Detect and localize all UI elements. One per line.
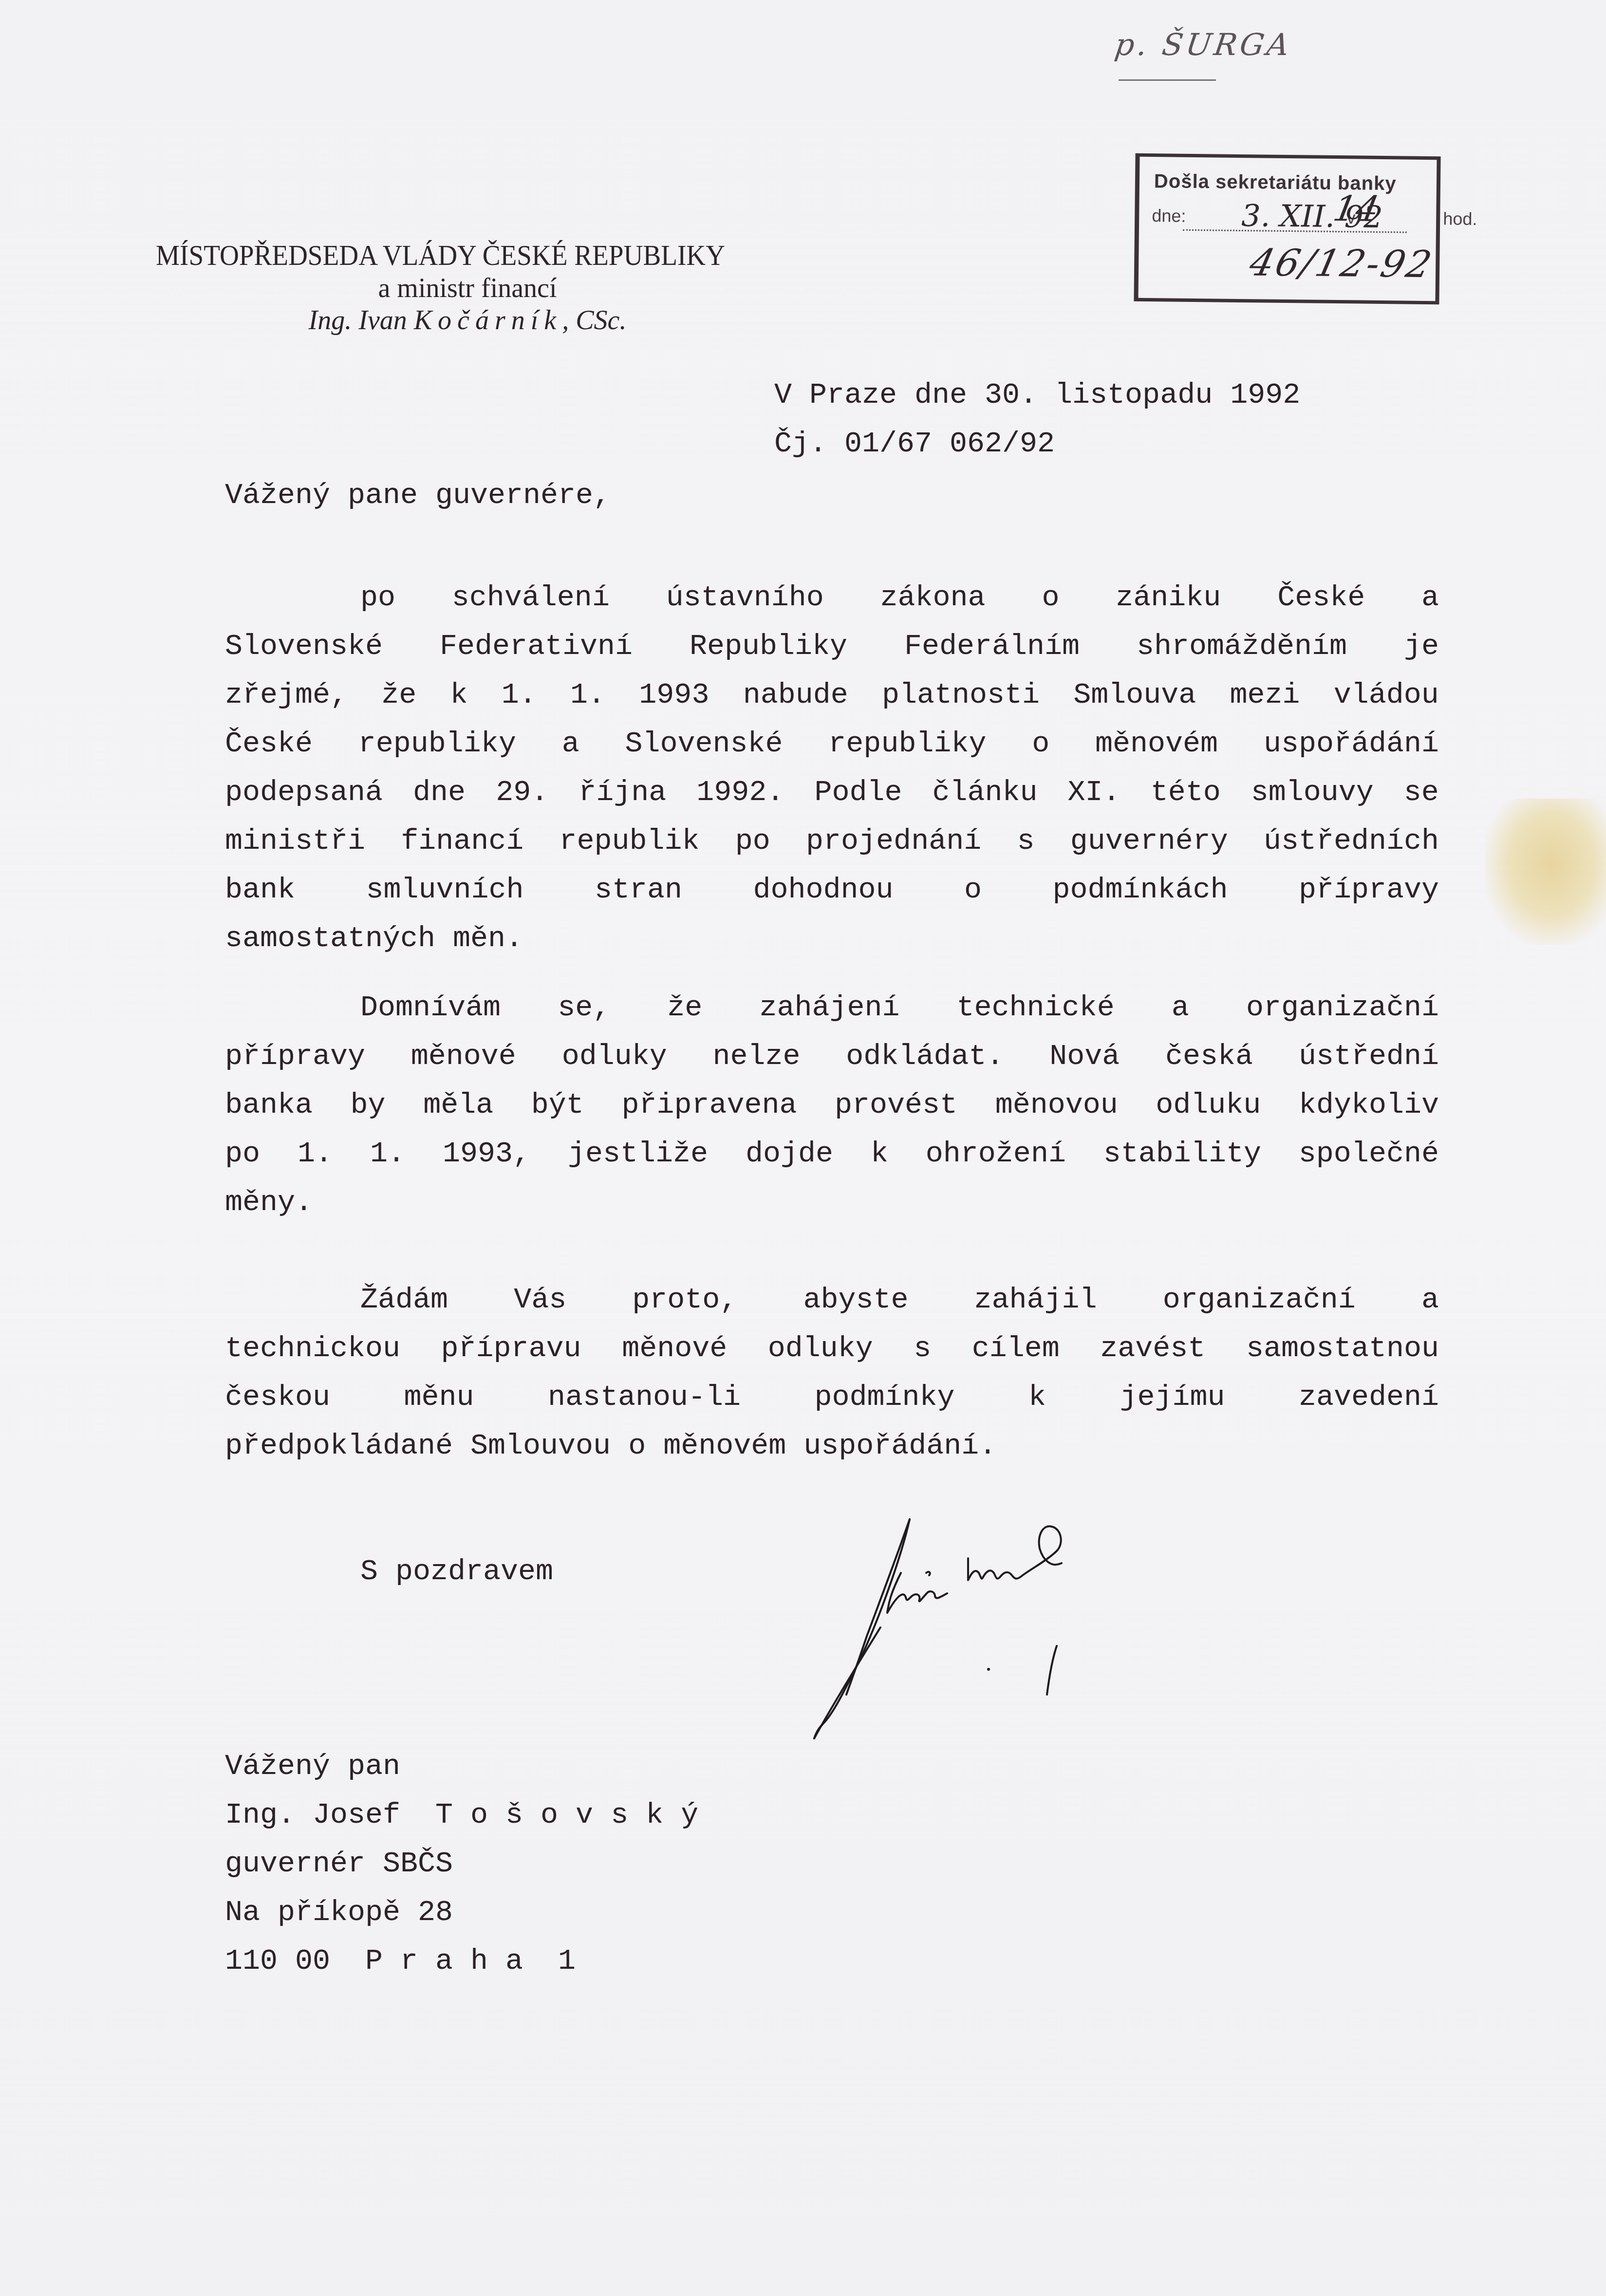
body-word: česká	[1165, 1042, 1253, 1071]
body-word: o	[1042, 583, 1059, 613]
body-word: je	[1404, 632, 1439, 661]
body-word: provést	[835, 1091, 957, 1120]
body-word: Federativní	[440, 632, 633, 661]
body-word: článku	[933, 778, 1038, 807]
body-word: jestliže	[568, 1139, 708, 1169]
body-word: podmínky	[814, 1383, 954, 1412]
body-word: k	[871, 1139, 888, 1169]
body-word: Žádám	[360, 1286, 448, 1315]
body-word: s	[1017, 827, 1034, 856]
body-word: odluku	[1156, 1091, 1261, 1120]
letterhead-name-surname: Kočárník	[414, 305, 562, 336]
letterhead-subtitle: a ministr financí	[97, 273, 838, 304]
recipient-greeting: Vážený pan	[225, 1752, 400, 1781]
body-word: Nová	[1049, 1042, 1120, 1071]
body-word: organizační	[1246, 993, 1439, 1023]
body-word: nabude	[743, 681, 848, 710]
body-word: ústavního	[666, 583, 824, 613]
salutation: Vážený pane guvernére,	[225, 481, 611, 510]
body-word: odluky	[562, 1042, 667, 1071]
body-word: se	[1404, 778, 1439, 807]
body-word: vládou	[1334, 681, 1439, 710]
signature	[803, 1500, 1510, 1831]
body-word: že	[667, 993, 702, 1023]
body-word: dohodnou	[753, 876, 893, 905]
body-word: 1.	[298, 1139, 333, 1169]
place-date: V Praze dne 30. listopadu 1992	[774, 381, 1300, 410]
body-line: SlovenskéFederativníRepublikyFederálníms…	[225, 632, 1439, 661]
body-word: října	[579, 778, 666, 807]
recipient-city: 110 00 P r a h a 1	[225, 1947, 576, 1976]
body-word: technickou	[225, 1334, 400, 1363]
body-word: dojde	[746, 1139, 833, 1169]
body-word: republiky	[358, 729, 516, 759]
body-word: a	[1421, 1286, 1439, 1315]
body-word: podmínkách	[1052, 876, 1228, 905]
body-word: schválení	[452, 583, 610, 613]
body-word: po	[735, 827, 770, 856]
body-word: a	[1421, 583, 1439, 613]
body-word: Republiky	[690, 632, 847, 661]
body-word: připravena	[621, 1091, 797, 1120]
body-line: podepsanádne29.října1992.PodlečlánkuXI.t…	[225, 778, 1439, 807]
body-word: organizační	[1163, 1286, 1356, 1315]
recipient-title: guvernér SBČS	[225, 1849, 453, 1879]
body-word: nastanou-li	[548, 1383, 741, 1412]
closing: S pozdravem	[360, 1557, 553, 1587]
body-word: a	[1172, 993, 1189, 1023]
body-word: s	[914, 1334, 931, 1363]
body-word: 1.	[570, 681, 605, 710]
body-word: Podle	[814, 778, 902, 807]
stamp-reference-number: 46/12-92	[1246, 241, 1437, 286]
body-word: přípravu	[441, 1334, 581, 1363]
body-word: k	[1028, 1383, 1046, 1412]
body-word: přípravy	[1299, 876, 1439, 905]
body-word: a	[562, 729, 579, 759]
body-word: samostatnou	[1246, 1334, 1439, 1363]
stamp-date-label: dne:	[1152, 205, 1186, 226]
body-word: přípravy	[225, 1042, 365, 1071]
body-word: ministři	[225, 827, 365, 856]
body-word: nelze	[713, 1042, 801, 1071]
letterhead-name-prefix: Ing. Ivan	[309, 305, 407, 336]
body-word: proto,	[632, 1286, 737, 1315]
body-word: zániku	[1116, 583, 1221, 613]
body-word: jejímu	[1120, 1383, 1225, 1412]
body-word: dne	[413, 778, 466, 807]
body-word: republik	[560, 827, 700, 856]
body-word: odluky	[768, 1334, 873, 1363]
body-word: guvernéry	[1070, 827, 1228, 856]
body-word: technické	[957, 993, 1115, 1023]
body-word: stability	[1103, 1139, 1261, 1169]
body-word: Vás	[514, 1286, 566, 1315]
body-word: 1.	[370, 1139, 405, 1169]
body-word: Slovenské	[625, 729, 783, 759]
recipient-street: Na příkopě 28	[225, 1898, 453, 1927]
body-word: kdykoliv	[1299, 1091, 1439, 1120]
body-word: XI.	[1068, 778, 1120, 807]
body-line: přípravyměnovéodlukynelzeodkládat.Nováče…	[225, 1042, 1439, 1071]
body-word: 1993	[639, 681, 709, 710]
body-word: zavést	[1100, 1334, 1205, 1363]
body-line: samostatných měn.	[225, 924, 523, 953]
body-word: 1.	[502, 681, 537, 710]
body-word: České	[225, 729, 313, 759]
body-word: měla	[423, 1091, 493, 1120]
body-line: ČeskérepublikyaSlovenskérepublikyoměnové…	[225, 729, 1439, 759]
paper-stain	[1485, 799, 1606, 945]
body-word: po	[360, 583, 395, 613]
reference-number: Čj. 01/67 062/92	[774, 429, 1055, 459]
body-word: 29.	[496, 778, 548, 807]
body-line: měny.	[225, 1188, 313, 1217]
body-word: 1993,	[443, 1139, 530, 1169]
handwritten-annotation: p. ŠURGA	[1113, 27, 1294, 62]
body-word: ohrožení	[926, 1139, 1066, 1169]
body-word: smluvních	[366, 876, 523, 905]
body-word: českou	[225, 1383, 330, 1412]
body-word: smlouvy	[1251, 778, 1374, 807]
body-word: podepsaná	[225, 778, 383, 807]
body-word: projednání	[806, 827, 981, 856]
body-line: poschváleníústavníhozákonaozánikuČeskéa	[360, 583, 1439, 613]
body-line: Domnívámse,žezahájenítechnickéaorganizač…	[360, 993, 1439, 1023]
body-word: zavedení	[1299, 1383, 1439, 1412]
body-line: ŽádámVásproto,abystezahájilorganizačnía	[360, 1286, 1439, 1315]
body-word: této	[1151, 778, 1221, 807]
body-word: zákona	[880, 583, 986, 613]
body-line: technickoupřípravuměnovéodlukyscílemzavé…	[225, 1334, 1439, 1363]
body-word: zahájení	[759, 993, 899, 1023]
body-word: odkládat.	[846, 1042, 1004, 1071]
body-word: cílem	[972, 1334, 1060, 1363]
body-word: 1992.	[696, 778, 784, 807]
letterhead-title: MÍSTOPŘEDSEDA VLÁDY ČESKÉ REPUBLIKY	[156, 238, 783, 273]
body-word: Domnívám	[360, 993, 501, 1023]
body-word: mezi	[1230, 681, 1300, 710]
body-word: se,	[558, 993, 610, 1023]
body-word: k	[450, 681, 468, 710]
body-word: uspořádání	[1264, 729, 1439, 759]
body-word: společné	[1299, 1139, 1439, 1169]
letterhead-name: Ing. Ivan Kočárník, CSc.	[97, 304, 838, 337]
body-line: po1.1.1993,jestližedojdekohroženístabili…	[225, 1139, 1439, 1169]
body-word: stran	[595, 876, 682, 905]
body-word: republiky	[828, 729, 986, 759]
letterhead: MÍSTOPŘEDSEDA VLÁDY ČESKÉ REPUBLIKY a mi…	[156, 238, 838, 337]
body-word: měnové	[411, 1042, 516, 1071]
body-word: bank	[225, 876, 295, 905]
body-word: Smlouva	[1073, 681, 1196, 710]
stamp-time-suffix: hod.	[1443, 208, 1477, 229]
body-word: měnovém	[1095, 729, 1218, 759]
body-line: českouměnunastanou-lipodmínkykjejímuzave…	[225, 1383, 1439, 1412]
body-line: zřejmé,žek1.1.1993nabudeplatnostiSmlouva…	[225, 681, 1439, 710]
body-line: bankabymělabýtpřipravenaprovéstměnovouod…	[225, 1091, 1439, 1120]
body-word: po	[225, 1139, 260, 1169]
body-word: měnové	[622, 1334, 727, 1363]
body-word: měnu	[404, 1383, 474, 1412]
body-word: České	[1277, 583, 1365, 613]
body-word: měnovou	[995, 1091, 1118, 1120]
body-word: abyste	[803, 1286, 908, 1315]
body-word: zřejmé,	[225, 681, 348, 710]
recipient-name: Ing. Josef T o š o v s k ý	[225, 1801, 698, 1830]
body-word: banka	[225, 1091, 313, 1120]
letter-page: p. ŠURGA Došla sekretariátu banky dne: v…	[0, 0, 1606, 2296]
body-word: o	[1032, 729, 1049, 759]
body-word: o	[964, 876, 982, 905]
body-line: banksmluvníchstrandohodnouopodmínkáchpří…	[225, 876, 1439, 905]
body-word: financí	[401, 827, 523, 856]
body-word: ústředních	[1264, 827, 1439, 856]
body-word: zahájil	[974, 1286, 1097, 1315]
stamp-time-value: 14	[1330, 188, 1382, 229]
body-word: Federálním	[904, 632, 1080, 661]
received-stamp: Došla sekretariátu banky dne: v hod. 3. …	[1134, 153, 1440, 305]
letterhead-name-suffix: , CSc.	[562, 305, 626, 336]
annotation-underline	[1119, 79, 1216, 81]
body-line: předpokládané Smlouvou o měnovém uspořád…	[225, 1432, 996, 1461]
body-word: být	[531, 1091, 584, 1120]
body-line: ministřifinancírepublikpoprojednánísguve…	[225, 827, 1439, 856]
body-word: Slovenské	[225, 632, 383, 661]
body-word: že	[381, 681, 416, 710]
body-word: by	[351, 1091, 386, 1120]
body-word: platnosti	[882, 681, 1040, 710]
body-word: ústřední	[1299, 1042, 1439, 1071]
body-word: shromážděním	[1137, 632, 1347, 661]
